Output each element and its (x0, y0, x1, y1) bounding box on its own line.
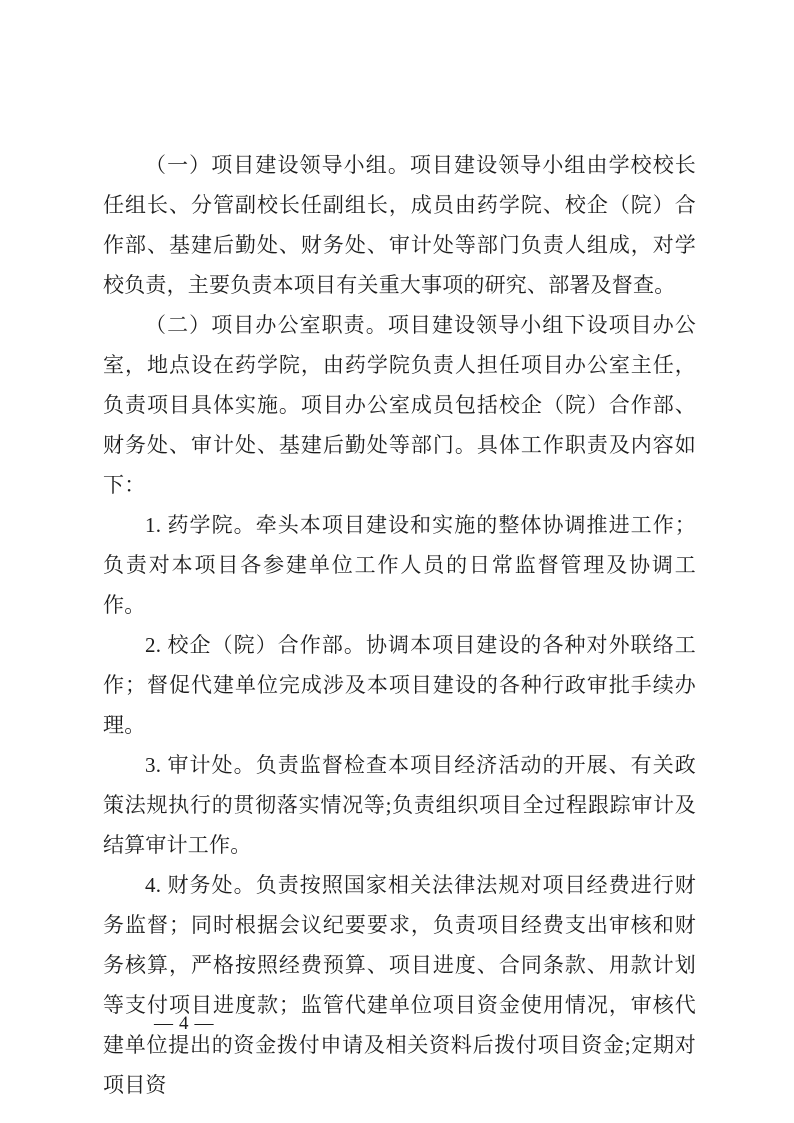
document-page: （一）项目建设领导小组。项目建设领导小组由学校校长任组长、分管副校长任副组长，成… (0, 0, 794, 1123)
document-content: （一）项目建设领导小组。项目建设领导小组由学校校长任组长、分管副校长任副组长，成… (103, 145, 696, 1105)
paragraph-item-3-audit-office: 3. 审计处。负责监督检查本项目经济活动的开展、有关政策法规执行的贯彻落实情况等… (103, 745, 696, 865)
paragraph-leading-group: （一）项目建设领导小组。项目建设领导小组由学校校长任组长、分管副校长任副组长，成… (103, 145, 696, 305)
page-number: 4 (179, 1011, 189, 1037)
footer-right-dash: — (195, 1011, 214, 1037)
paragraph-item-2-cooperation-dept: 2. 校企（院）合作部。协调本项目建设的各种对外联络工作；督促代建单位完成涉及本… (103, 625, 696, 745)
footer-left-dash: — (154, 1011, 173, 1037)
paragraph-office-duties: （二）项目办公室职责。项目建设领导小组下设项目办公室，地点设在药学院，由药学院负… (103, 305, 696, 505)
page-footer: —4— (129, 985, 220, 1063)
paragraph-item-1-pharmacy-school: 1. 药学院。牵头本项目建设和实施的整体协调推进工作；负责对本项目各参建单位工作… (103, 505, 696, 625)
